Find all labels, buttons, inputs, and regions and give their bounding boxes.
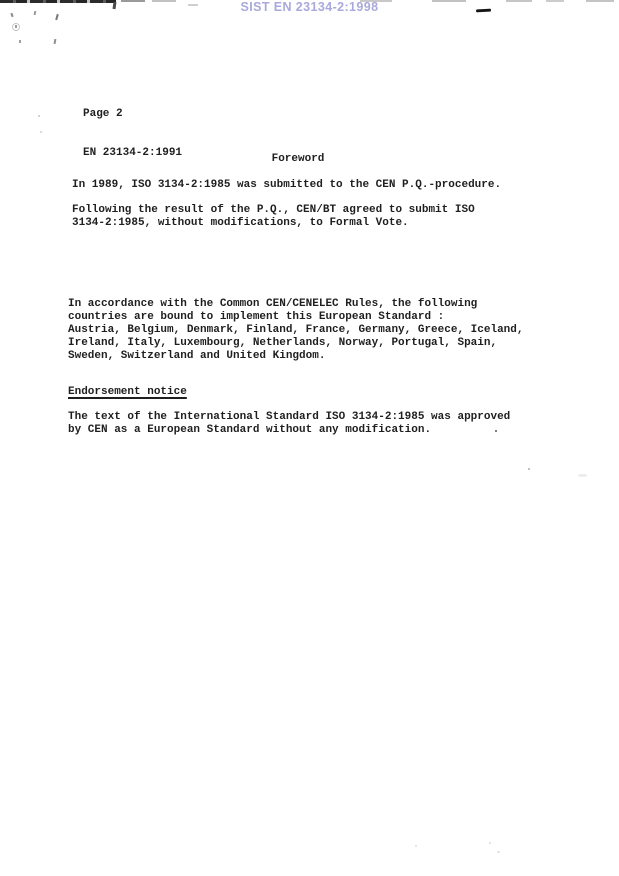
foreword-paragraph-formal-vote: Following the result of the P.Q., CEN/BT… bbox=[72, 204, 475, 230]
page-number-label: Page 2 bbox=[83, 108, 182, 121]
scan-speck bbox=[40, 131, 42, 133]
scan-artifact-tick bbox=[19, 40, 21, 43]
scan-speck bbox=[528, 468, 530, 470]
scan-artifact-tick bbox=[15, 25, 17, 28]
watermark-text: SIST EN 23134-2:1998 bbox=[0, 0, 619, 14]
scan-speck bbox=[497, 851, 500, 853]
foreword-paragraph-countries: In accordance with the Common CEN/CENELE… bbox=[68, 298, 523, 363]
foreword-paragraph-submission: In 1989, ISO 3134-2:1985 was submitted t… bbox=[72, 179, 501, 192]
foreword-heading: Foreword bbox=[72, 153, 524, 166]
scan-speck bbox=[578, 474, 587, 477]
scan-artifact-tick bbox=[55, 14, 58, 20]
scan-speck bbox=[38, 115, 40, 117]
scan-speck bbox=[489, 842, 491, 844]
scan-artifact-tick bbox=[54, 39, 57, 44]
page-header: Page 2 EN 23134-2:1991 bbox=[83, 82, 182, 186]
endorsement-paragraph: The text of the International Standard I… bbox=[68, 411, 510, 437]
document-page: SIST EN 23134-2:1998 Page 2 EN 23134-2:1… bbox=[0, 0, 619, 876]
endorsement-heading: Endorsement notice bbox=[68, 386, 187, 399]
scan-speck bbox=[415, 845, 417, 847]
